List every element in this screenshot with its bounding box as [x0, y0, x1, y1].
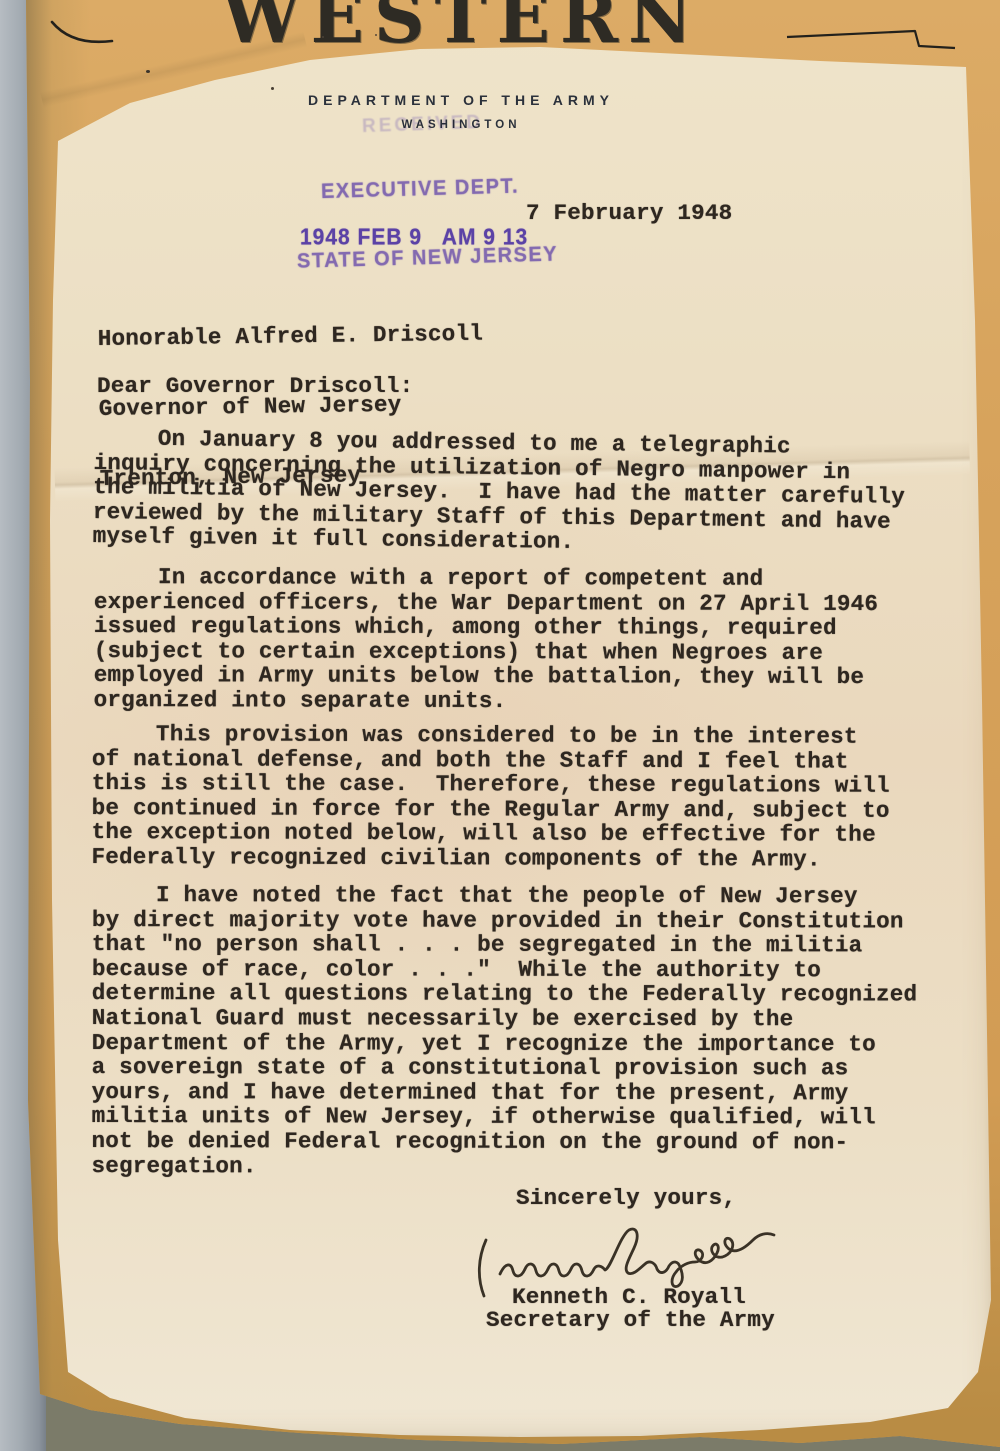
signature-handwriting	[472, 1220, 802, 1305]
paragraph-4: I have noted the fact that the people of…	[91, 883, 917, 1180]
typed-date: 7 February 1948	[526, 200, 732, 226]
letterhead-department: DEPARTMENT OF THE ARMY	[300, 92, 622, 108]
stamp-line-1: EXECUTIVE DEPT.	[295, 175, 546, 205]
recipient-name: Honorable Alfred E. Driscoll	[98, 323, 484, 352]
salutation: Dear Governor Driscoll:	[97, 373, 413, 399]
paragraph-3: This provision was considered to be in t…	[91, 722, 890, 872]
scanned-letter-page: WESTERN DEPARTMENT OF THE ARMY WASHINGTO…	[0, 0, 1000, 1451]
paper-speck	[322, 36, 324, 38]
date-received-stamp: 1948 FEB 9 AM 9 13	[300, 225, 528, 251]
letter-content: DEPARTMENT OF THE ARMY WASHINGTON RECEIV…	[0, 0, 1000, 1451]
signer-title: Secretary of the Army	[486, 1307, 775, 1333]
paper-speck	[271, 87, 274, 90]
paragraph-2: In accordance with a report of competent…	[94, 565, 879, 715]
paper-speck	[375, 34, 377, 36]
closing: Sincerely yours,	[516, 1185, 736, 1211]
paper-speck	[146, 70, 150, 73]
paragraph-1: On January 8 you addressed to me a teleg…	[92, 426, 905, 559]
